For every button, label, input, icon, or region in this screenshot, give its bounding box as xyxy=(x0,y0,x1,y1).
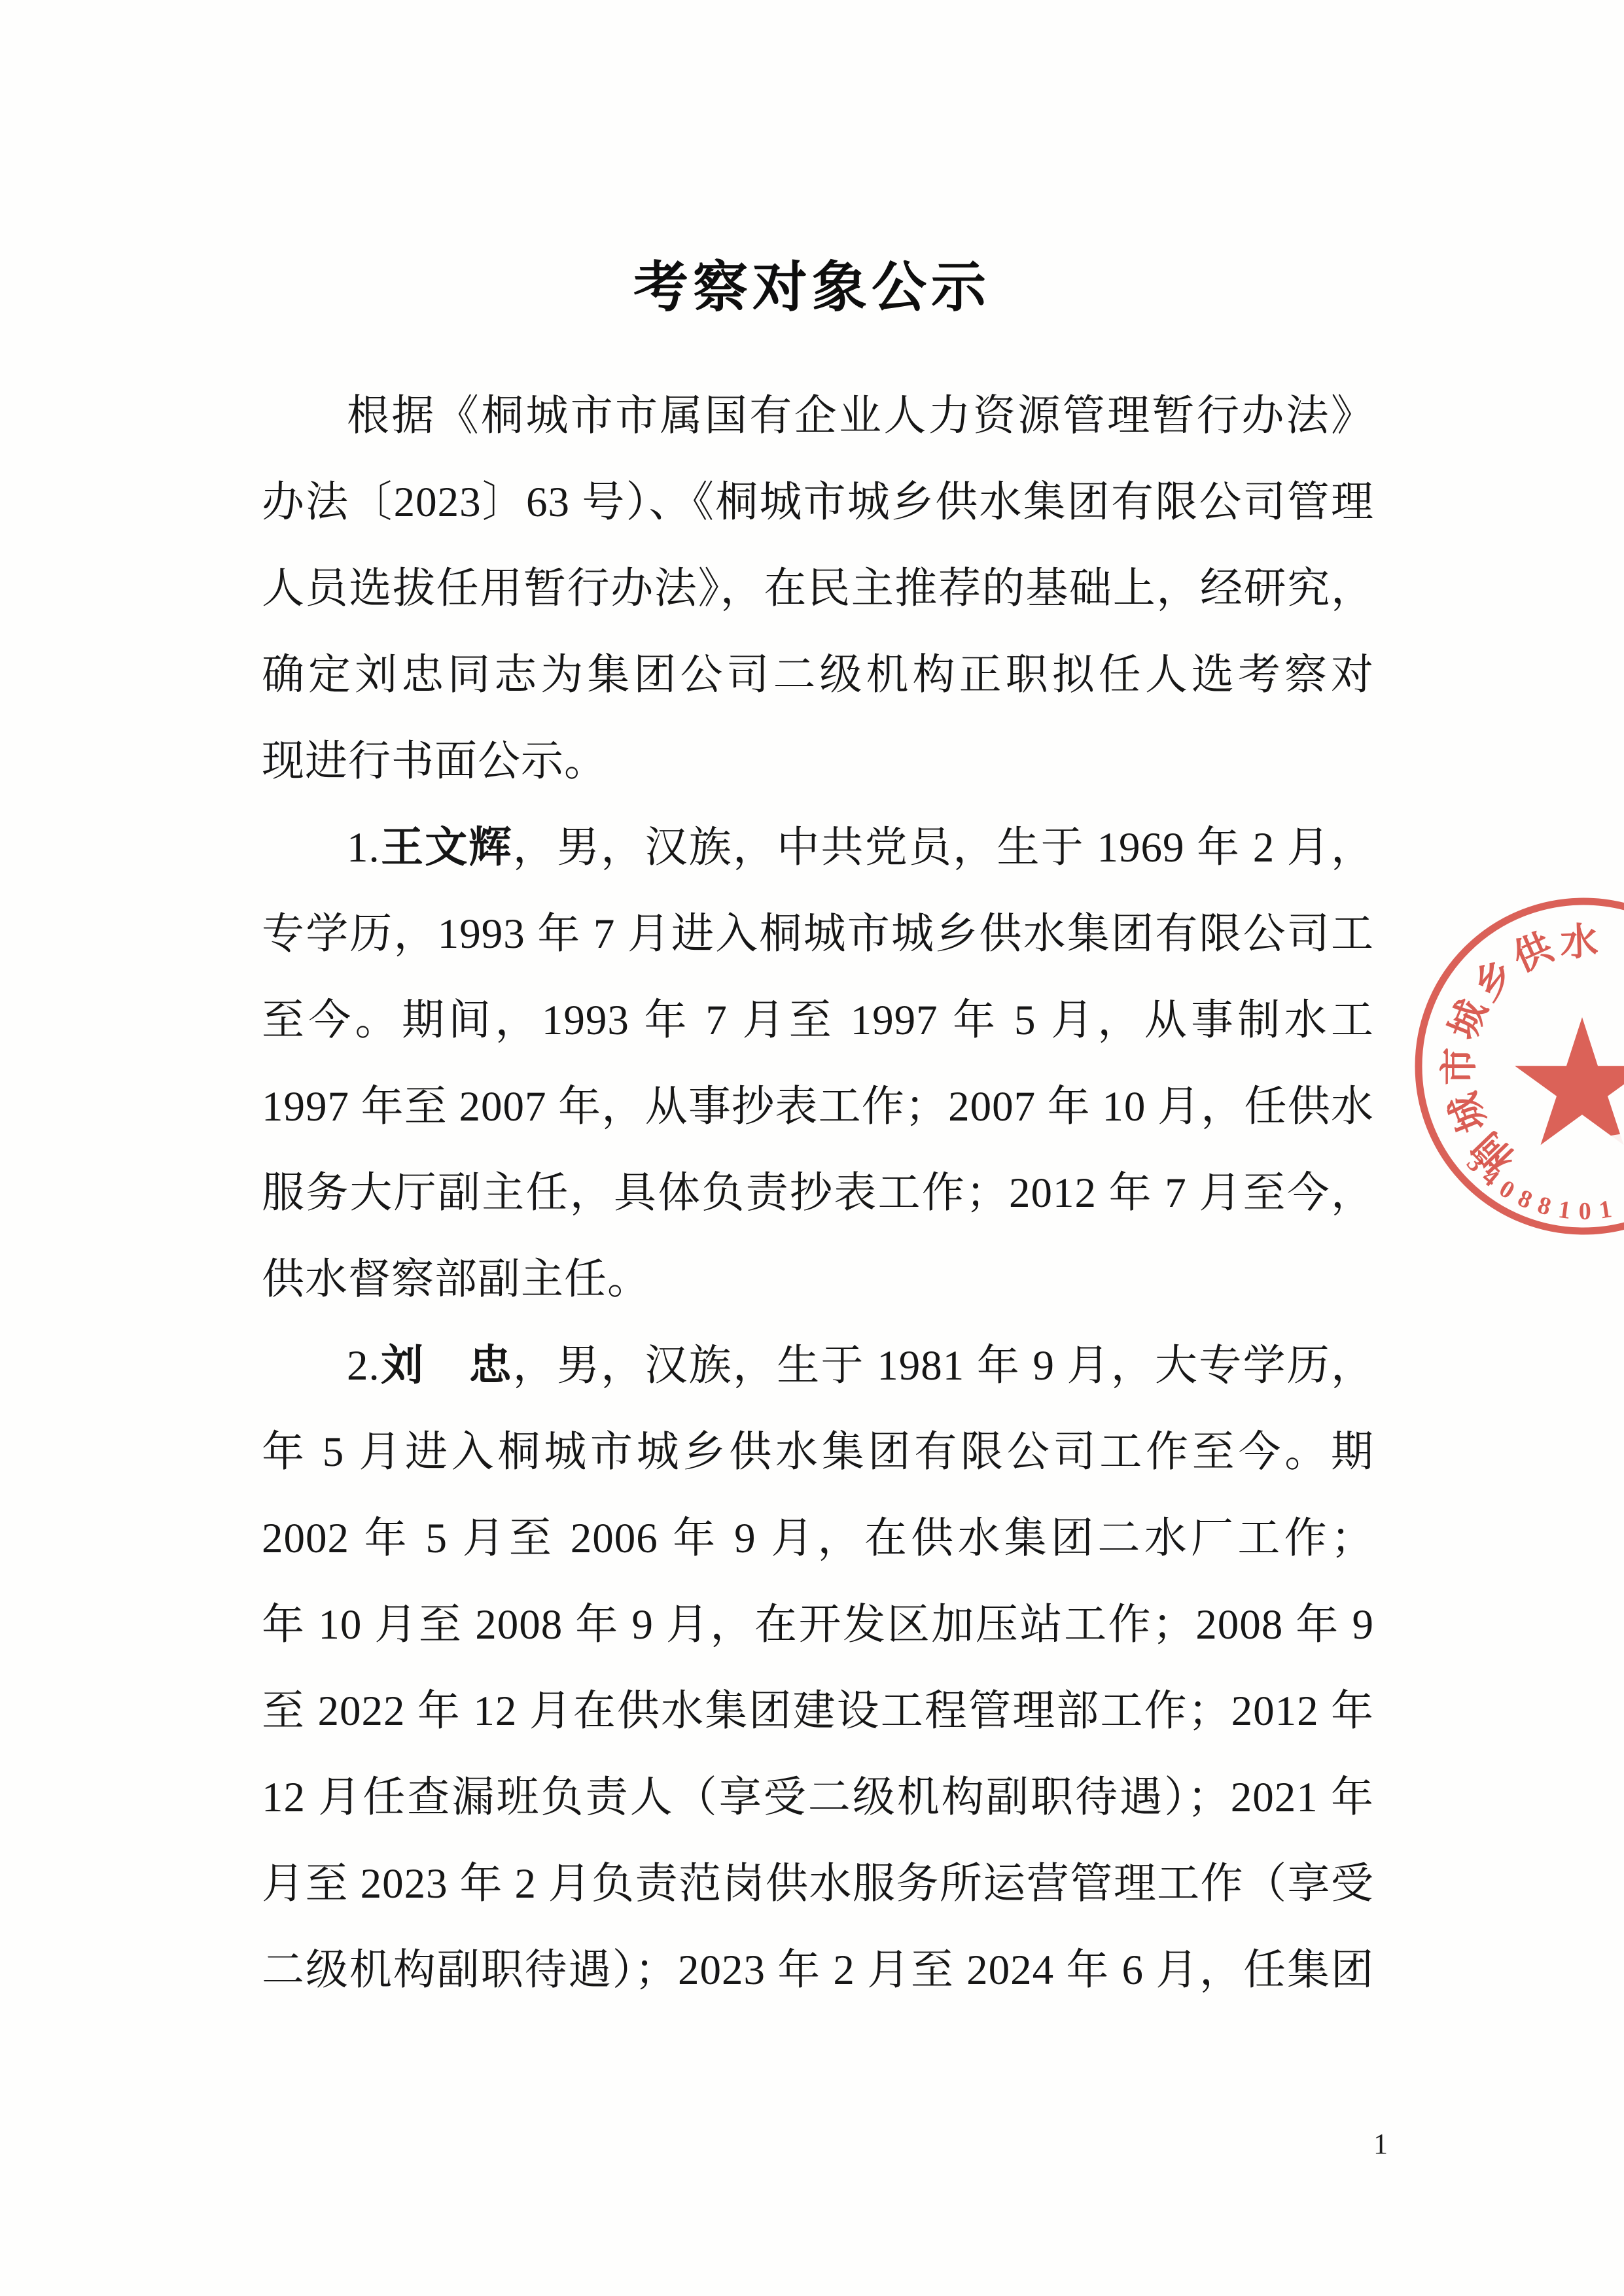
seal-char: 城 xyxy=(1441,994,1495,1045)
text-line: 2002 年 5 月至 2006 年 9 月，在供水集团二水厂工作；2006 xyxy=(262,1495,1374,1582)
list-number: 1. xyxy=(347,824,380,871)
text-line: 办法〔2023〕63 号）、《桐城市城乡供水集团有限公司管理 xyxy=(262,459,1374,546)
text-line: 人员选拔任用暂行办法》，在民主推荐的基础上，经研究， xyxy=(262,546,1374,632)
seal-digit: 8 xyxy=(1514,1184,1536,1214)
seal-star-icon xyxy=(1515,1017,1624,1145)
document-body: 根据《桐城市市属国有企业人力资源管理暂行办法》（桐 办法〔2023〕63 号）、… xyxy=(262,373,1374,2013)
company-seal-stamp: 桐 城 市 城 乡 供 水 3 4 0 8 8 1 0 1 xyxy=(1354,837,1624,1295)
seal-char: 水 xyxy=(1559,920,1598,964)
text-line: 2.刘 忠，男，汉族，生于 1981 年 9 月，大专学历，2002 xyxy=(262,1323,1374,1409)
seal-digit: 1 xyxy=(1557,1196,1572,1225)
seal-digit: 0 xyxy=(1579,1198,1591,1225)
person-name: 刘 忠 xyxy=(380,1342,513,1389)
seal-char: 乡 xyxy=(1466,952,1523,1009)
text-line: 供水督察部副主任。 xyxy=(262,1236,1374,1323)
page-title: 考察对象公示 xyxy=(0,243,1624,322)
seal-char: 市 xyxy=(1438,1047,1481,1085)
text-line: 服务大厅副主任，具体负责抄表工作；2012 年 7 月至今，任 xyxy=(262,1150,1374,1236)
text-line: 二级机构副职待遇）；2023 年 2 月至 2024 年 6 月，任集团 xyxy=(262,1927,1374,2013)
text-line: 年 5 月进入桐城市城乡供水集团有限公司工作至今。期间， xyxy=(262,1409,1374,1495)
text-line: 至 2022 年 12 月在供水集团建设工程管理部工作；2012 年 xyxy=(262,1668,1374,1754)
seal-digit: 0 xyxy=(1494,1175,1519,1205)
text-line: 至今。期间，1993 年 7 月至 1997 年 5 月，从事制水工作； xyxy=(262,977,1374,1064)
text-line: 1.王文辉，男，汉族，中共党员，生于 1969 年 2 月，中 xyxy=(262,805,1374,891)
seal-digit: 1 xyxy=(1597,1195,1614,1224)
text-line: 现进行书面公示。 xyxy=(262,718,1374,805)
seal-digit: 8 xyxy=(1535,1191,1555,1221)
text-line: 根据《桐城市市属国有企业人力资源管理暂行办法》（桐 xyxy=(262,373,1374,459)
page-number: 1 xyxy=(1354,2127,1407,2161)
document-page: 考察对象公示 根据《桐城市市属国有企业人力资源管理暂行办法》（桐 办法〔2023… xyxy=(0,0,1624,2296)
seal-char: 城 xyxy=(1441,1087,1495,1138)
text-line: 月至 2023 年 2 月负责范岗供水服务所运营管理工作（享受 xyxy=(262,1841,1374,1927)
text-line: 确定刘忠同志为集团公司二级机构正职拟任人选考察对象， xyxy=(262,632,1374,718)
person-name: 王文辉 xyxy=(380,824,513,871)
text-line: 1997 年至 2007 年，从事抄表工作；2007 年 10 月，任供水 xyxy=(262,1064,1374,1150)
seal-char: 供 xyxy=(1507,926,1559,980)
text-line: 12 月任查漏班负责人（享受二级机构副职待遇）；2021 年 6 xyxy=(262,1754,1374,1841)
text-line: 年 10 月至 2008 年 9 月，在开发区加压站工作；2008 年 9 月 xyxy=(262,1582,1374,1668)
list-number: 2. xyxy=(347,1342,380,1389)
text-line: 专学历，1993 年 7 月进入桐城市城乡供水集团有限公司工作 xyxy=(262,891,1374,977)
